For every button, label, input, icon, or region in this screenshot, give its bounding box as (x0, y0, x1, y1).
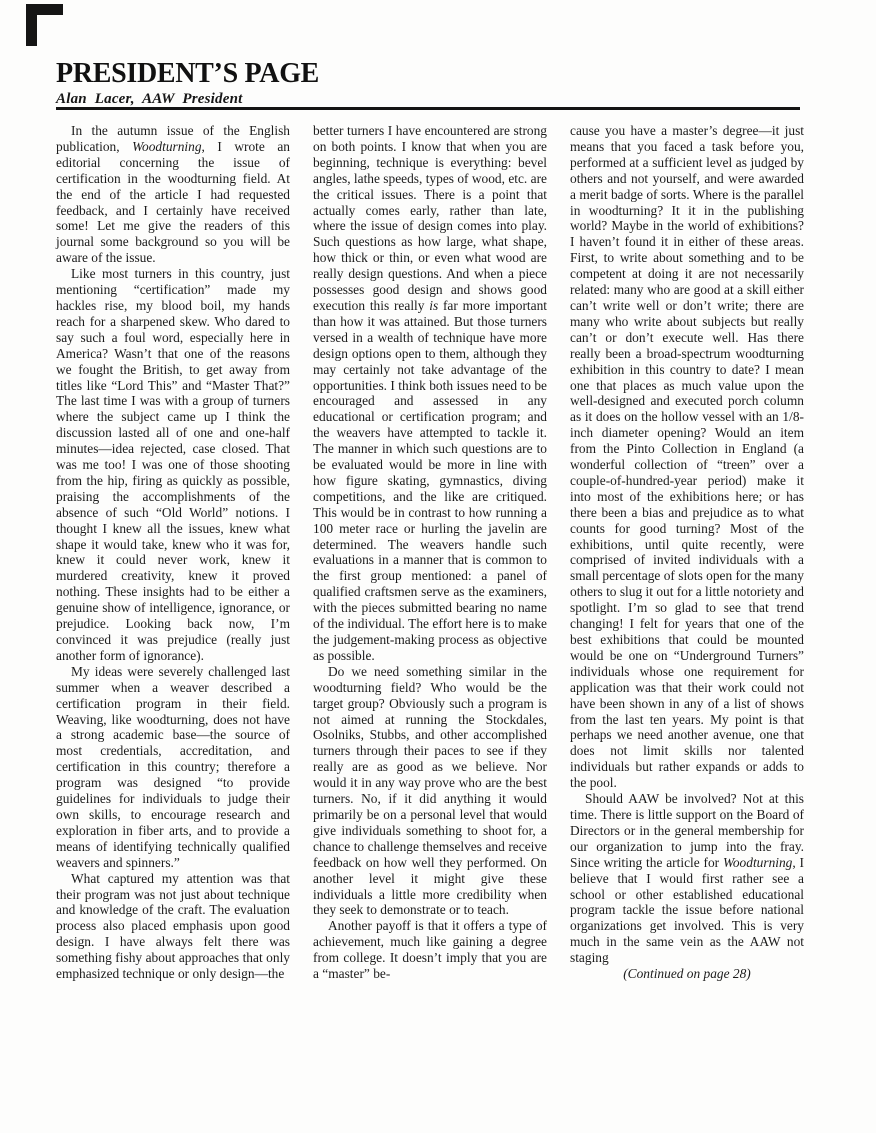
page-title: PRESIDENT’S PAGE (56, 60, 319, 88)
continued-note: (Continued on page 28) (570, 966, 804, 982)
text-run: What captured my attention was that thei… (56, 871, 290, 981)
article-body: In the autumn issue of the English publi… (56, 123, 804, 982)
masthead: PRESIDENT’S PAGE Alan Lacer, AAW Preside… (56, 60, 319, 108)
paragraph: Like most turners in this country, just … (56, 266, 290, 664)
italic-text-run: Woodturning (132, 139, 201, 154)
italic-text-run: Woodturning (723, 855, 792, 870)
article-column-1: In the autumn issue of the English publi… (56, 123, 290, 982)
paragraph: Another payoff is that it offers a type … (313, 918, 547, 982)
text-run: Another payoff is that it offers a type … (313, 918, 547, 981)
text-run: Do we need something similar in the wood… (313, 664, 547, 918)
text-run: Like most turners in this country, just … (56, 266, 290, 663)
italic-text-run: (Continued on page 28) (623, 966, 751, 981)
paragraph: cause you have a master’s degree—it just… (570, 123, 804, 791)
text-run: My ideas were severely challenged last s… (56, 664, 290, 870)
paragraph: In the autumn issue of the English publi… (56, 123, 290, 266)
text-run: , I believe that I would first rather se… (570, 855, 804, 965)
text-run: better turners I have encountered are st… (313, 123, 547, 313)
paragraph: What captured my attention was that thei… (56, 871, 290, 982)
paragraph: My ideas were severely challenged last s… (56, 664, 290, 871)
paragraph: Should AAW be involved? Not at this time… (570, 791, 804, 966)
magazine-page: PRESIDENT’S PAGE Alan Lacer, AAW Preside… (0, 0, 876, 1133)
text-run: , I wrote an editorial concerning the is… (56, 139, 290, 265)
paragraph: better turners I have encountered are st… (313, 123, 547, 664)
scan-corner-mark (26, 4, 63, 46)
header-divider (56, 107, 800, 110)
italic-text-run: is (429, 298, 438, 313)
article-column-2: better turners I have encountered are st… (313, 123, 547, 982)
byline: Alan Lacer, AAW President (56, 91, 319, 108)
text-run: cause you have a master’s degree—it just… (570, 123, 804, 790)
article-column-3: cause you have a master’s degree—it just… (570, 123, 804, 982)
paragraph: Do we need something similar in the wood… (313, 664, 547, 919)
text-run: far more important than how it was attai… (313, 298, 547, 663)
